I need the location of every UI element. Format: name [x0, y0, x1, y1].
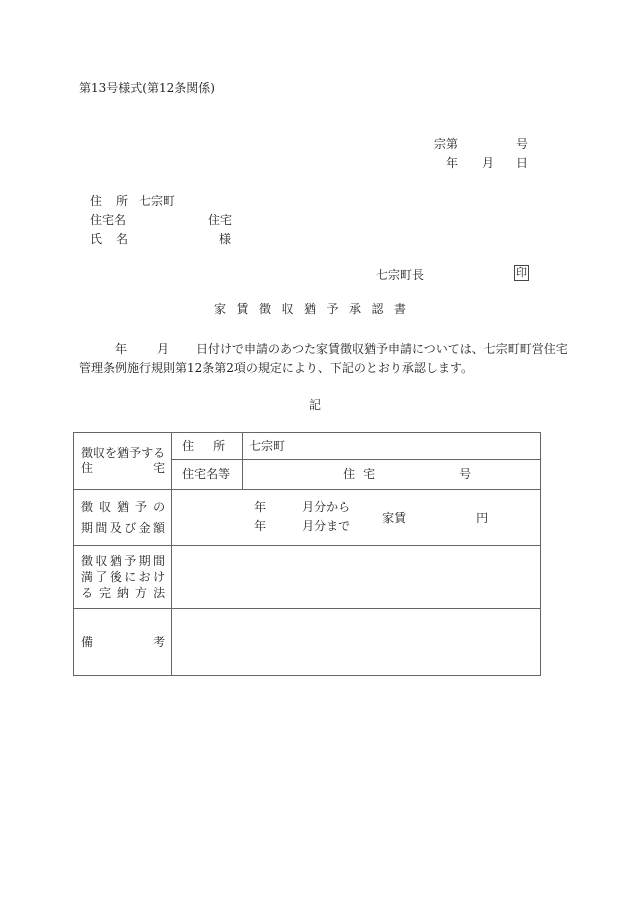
label-char: 間	[153, 553, 165, 569]
label-char: 満	[81, 569, 93, 585]
label-line: 徴収猶予期間	[81, 553, 165, 569]
table-row: 徴収猶予期間 満了後におけ る完納方法	[74, 546, 541, 609]
label-char: す	[141, 446, 153, 461]
housing-text: 住宅	[343, 467, 383, 482]
document-title: 家賃徴収猶予承認書	[214, 302, 417, 316]
housing-name-value[interactable]: 住宅 号	[243, 460, 541, 490]
label-char: の	[153, 500, 165, 515]
label-char: 及	[110, 521, 122, 536]
payment-method-value[interactable]	[172, 546, 541, 609]
label-char: 名	[116, 232, 128, 246]
label-char: 徴	[81, 553, 93, 569]
recipient-housing-suffix: 住宅	[208, 213, 232, 227]
address-header: 住所	[172, 433, 243, 460]
doc-number-suffix: 号	[516, 137, 528, 151]
record-table: 徴収を猶予する 住宅 住所 七宗町 住宅名等 住宅 号 徴収猶予の 期間及び金額	[73, 432, 541, 676]
recipient-name-suffix: 様	[219, 232, 231, 246]
remarks-value[interactable]	[172, 609, 541, 676]
yen-unit: 円	[476, 511, 488, 526]
form-number: 第13号様式(第12条関係)	[79, 81, 215, 95]
label-char: を	[105, 446, 117, 461]
label-char: 猶	[117, 446, 129, 461]
label-char: 期	[139, 553, 151, 569]
period-amount-label: 徴収猶予の 期間及び金額	[74, 490, 172, 546]
ki-heading: 記	[309, 398, 321, 412]
label-char: 猶	[110, 553, 122, 569]
from-month: 月分から	[302, 500, 350, 515]
body-line1-text: 日付けで申請のあつた家賃徴収猶予申請については、七宗町町営住宅	[196, 342, 568, 356]
body-line-1: 年月日付けで申請のあつた家賃徴収猶予申請については、七宗町町営住宅	[115, 342, 568, 356]
label-line: 住宅	[81, 461, 165, 476]
date-year: 年	[446, 156, 458, 170]
label-line: 期間及び金額	[81, 521, 165, 536]
label-char: 予	[135, 500, 147, 515]
recipient-housing-label: 住宅名	[90, 213, 126, 227]
label-char: け	[153, 569, 165, 585]
label-char: 住	[81, 461, 93, 476]
label-char: 間	[95, 521, 107, 536]
to-month: 月分まで	[302, 519, 350, 534]
date-day: 日	[516, 156, 528, 170]
payment-method-label: 徴収猶予期間 満了後におけ る完納方法	[74, 546, 172, 609]
label-line: 徴収猶予の	[81, 500, 165, 515]
deferred-housing-label: 徴収を猶予する 住宅	[74, 433, 172, 490]
label-char: お	[139, 569, 151, 585]
label-line: 徴収を猶予する	[81, 446, 165, 461]
to-year: 年	[254, 519, 266, 534]
period-amount-value[interactable]: 年 月分から 年 月分まで 家賃 円	[172, 490, 541, 546]
label-line: る完納方法	[81, 585, 165, 601]
label-char: 所	[116, 194, 128, 208]
body-line-2: 管理条例施行規則第12条第2項の規定により、下記のとおり承認します。	[79, 361, 473, 375]
housing-name-header-text: 住宅名等	[172, 467, 242, 482]
label-char: 期	[81, 521, 93, 536]
rent-label: 家賃	[382, 511, 406, 526]
label-char: 収	[95, 553, 107, 569]
label-line: 満了後におけ	[81, 569, 165, 585]
label-char: 後	[110, 569, 122, 585]
recipient-address-value: 七宗町	[139, 194, 175, 208]
from-year: 年	[254, 500, 266, 515]
table-row: 徴収猶予の 期間及び金額 年 月分から 年 月分まで 家賃 円	[74, 490, 541, 546]
label-char: 予	[129, 446, 141, 461]
address-value-text: 七宗町	[243, 439, 540, 454]
label-char: 完	[99, 585, 111, 601]
label-char: 収	[99, 500, 111, 515]
label-char: 金	[139, 521, 151, 536]
label-char: 考	[153, 635, 165, 650]
recipient-address-label: 住所	[90, 194, 128, 208]
housing-name-header: 住宅名等	[172, 460, 243, 490]
table-row: 備考	[74, 609, 541, 676]
label-char: 額	[153, 521, 165, 536]
label-char: び	[124, 521, 136, 536]
seal-icon: 印	[514, 265, 529, 281]
label-char: 方	[135, 585, 147, 601]
label-char: 了	[95, 569, 107, 585]
label-char: 宅	[153, 461, 165, 476]
label-char: 予	[124, 553, 136, 569]
recipient-name-label: 氏名	[90, 232, 128, 246]
remarks-label: 備考	[74, 609, 172, 676]
label-char: 住	[182, 439, 194, 454]
label-char: に	[124, 569, 136, 585]
date-month: 月	[482, 156, 494, 170]
label-char: 徴	[81, 500, 93, 515]
label-char: 備	[81, 635, 93, 650]
label-char: 所	[213, 439, 225, 454]
housing-number-suffix: 号	[459, 467, 471, 482]
label-char: 猶	[117, 500, 129, 515]
label-char: 氏	[90, 232, 102, 246]
label-char: る	[81, 585, 93, 601]
issuer-mayor: 七宗町長	[376, 268, 424, 282]
label-char: 納	[117, 585, 129, 601]
body-year: 年	[115, 342, 127, 356]
label-char: 徴	[81, 446, 93, 461]
doc-number-prefix: 宗第	[434, 137, 458, 151]
label-char: る	[153, 446, 165, 461]
label-char: 住	[90, 194, 102, 208]
address-value[interactable]: 七宗町	[243, 433, 541, 460]
table-row: 徴収を猶予する 住宅 住所 七宗町	[74, 433, 541, 460]
label-char: 法	[153, 585, 165, 601]
label-char: 収	[93, 446, 105, 461]
body-month: 月	[157, 342, 169, 356]
